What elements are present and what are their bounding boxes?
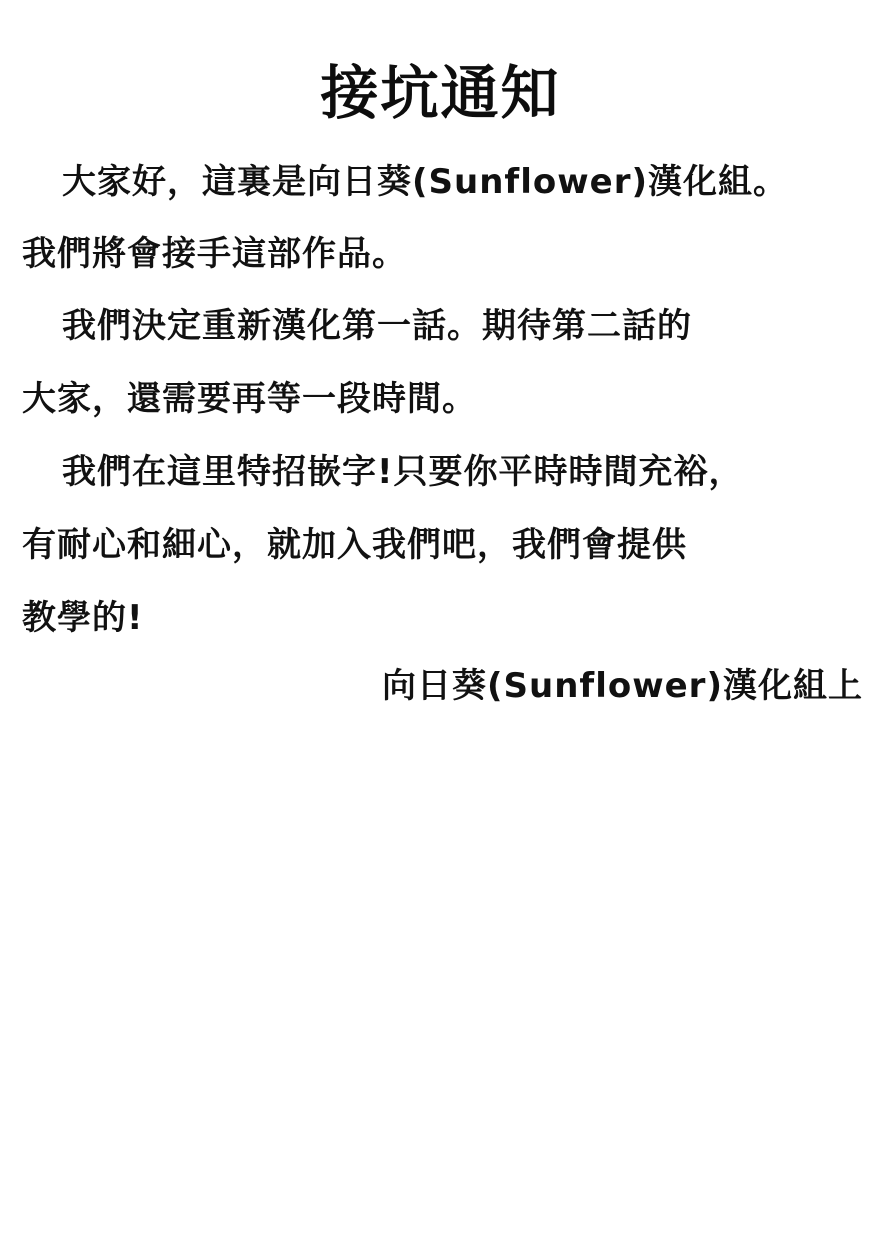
paragraph-1-line-1: 大家好，這裏是向日葵(Sunflower)漢化組。 (62, 160, 788, 204)
paragraph-1-line-2: 我們將會接手這部作品。 (22, 232, 407, 276)
paragraph-3-line-1: 我們在這里特招嵌字!只要你平時時間充裕， (62, 450, 744, 494)
notice-title: 接坑通知 (0, 58, 881, 128)
notice-page: 接坑通知 大家好，這裏是向日葵(Sunflower)漢化組。 我們將會接手這部作… (0, 0, 881, 1250)
paragraph-2-line-1: 我們決定重新漢化第一話。期待第二話的 (62, 304, 692, 348)
paragraph-2-line-2: 大家，還需要再等一段時間。 (22, 377, 477, 421)
paragraph-3-line-2: 有耐心和細心，就加入我們吧，我們會提供 (22, 523, 687, 567)
paragraph-3-line-3: 教學的! (22, 596, 144, 640)
signature: 向日葵(Sunflower)漢化組上 (382, 664, 863, 708)
